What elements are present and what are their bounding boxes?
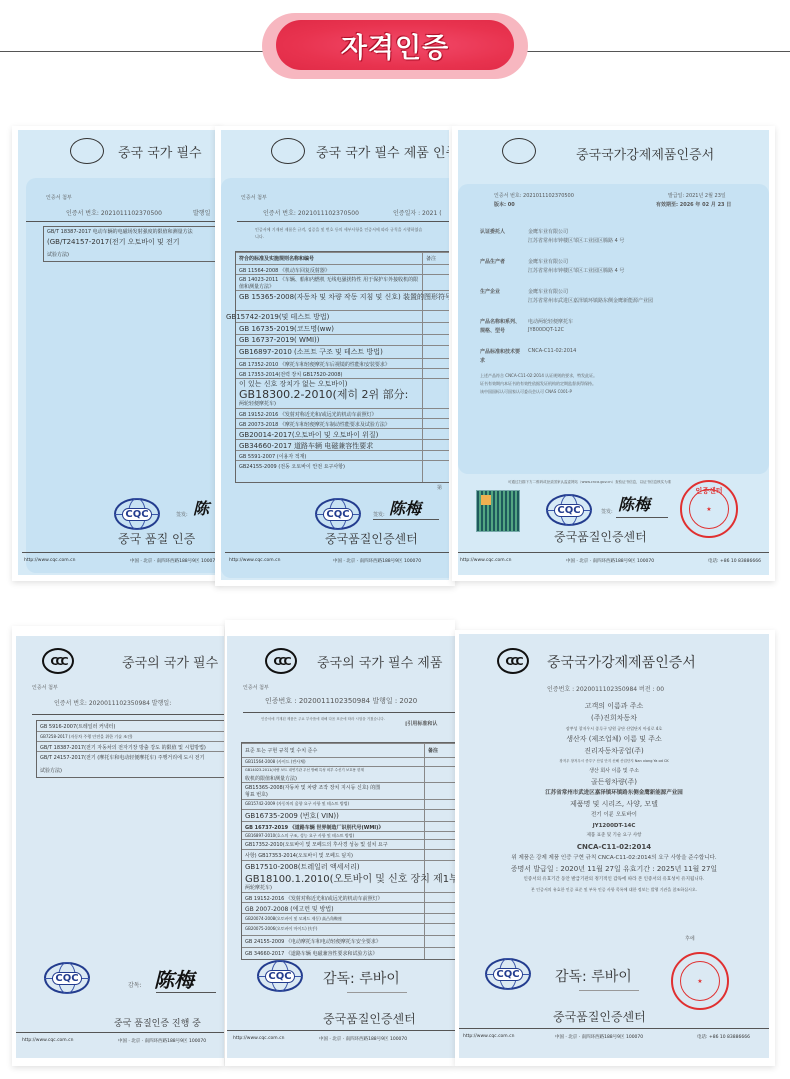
certificate-line: JY1200DT-14C <box>459 821 769 832</box>
certificate-line: 고객의 이름과 주소 <box>459 700 769 712</box>
cqc-logo-icon: CQC <box>315 498 361 530</box>
ccc-emblem-icon <box>70 138 104 164</box>
ccc-emblem-icon <box>271 138 305 164</box>
certificate-line: 인증서의 유효기간 동안 발급기관의 정기적인 감독에 따라 본 인증서의 유효… <box>459 875 769 885</box>
certificate-line: 창저우 창저우시 종루구 산업 단지 신해 산업단지 Nan xiong Ya … <box>459 757 769 766</box>
ccc-emblem-icon <box>502 138 536 164</box>
official-seal-icon: ★ <box>671 952 729 1010</box>
certificate-sheet: 중국 국가 필수 제품 인증 인증서 첨부 인증서 번호: 2021011102… <box>221 130 449 580</box>
certificate-number: 인증서 번호: 2021011102370500 <box>66 208 162 217</box>
signature: 陈 <box>193 496 209 519</box>
signature: 陈梅 <box>154 964 194 993</box>
official-seal-icon: 인증센터 ★ <box>680 480 738 538</box>
standards-heading: [引用标准和认 <box>405 720 437 727</box>
statement-line: 证书有效期内本证书的有效性依据发证机构的定期监督获得保持。 <box>480 381 596 387</box>
header-banner: 자격인증 <box>276 20 514 70</box>
issuer-name: 중국품질인증센터 <box>553 1008 646 1025</box>
ccc-logo-icon: CCC <box>497 648 529 674</box>
footer-divider <box>16 1032 224 1033</box>
certificate-line: 江苏省常州市武进区嘉泽镇环镇路东侧金鹰新能源产业园 <box>459 788 769 799</box>
certificate-image-3[interactable]: 중국국가강제제품인증서 인증서 번호: 2021011102370500 版本:… <box>452 126 775 581</box>
footer-address: 中国 · 北京 · 南四环西路188号9区 100070 <box>130 558 216 564</box>
attachment-label: 인증서 첨부 <box>243 684 269 691</box>
header-divider-right <box>520 51 790 52</box>
certificate-image-2[interactable]: 중국 국가 필수 제품 인증 인증서 첨부 인증서 번호: 2021011102… <box>215 126 455 586</box>
footer-phone: 电话: +86 10 83886666 <box>708 558 761 564</box>
certificate-line: 제품명 및 시리즈, 사양, 모델 <box>459 798 769 810</box>
certificate-note: 인증서에 기재된 제품은 규격, 검증을 및 번호 등의 세부사항을 인증서에 … <box>255 226 425 240</box>
certificate-image-1[interactable]: 중국 국가 필수 인증서 첨부 인증서 번호: 2021011102370500… <box>12 126 222 581</box>
cqc-logo-icon: CQC <box>44 962 90 994</box>
footer-url: http://www.cqc.com.cn <box>229 558 280 563</box>
certificate-line: 진리자동차공업(주) <box>459 745 769 757</box>
certificate-note: 인증서에 기재된 제품은 주요 부속품에 대해 다음 표준에 따라 시험을 거쳤… <box>261 716 391 723</box>
footer-url: http://www.cqc.com.cn <box>22 1038 73 1043</box>
signature-label: 签发: <box>176 511 188 518</box>
certificate-line: 골든윙차량(주) <box>459 776 769 788</box>
footer-url: http://www.cqc.com.cn <box>233 1036 284 1041</box>
divider <box>243 712 455 713</box>
certificate-sheet: 중국 국가 필수 인증서 첨부 인증서 번호: 2021011102370500… <box>18 130 216 575</box>
footer-divider <box>458 552 769 553</box>
standards-table: 표준 또는 구현 규칙 및 수치 준수备注 GB11564-2008 (사이드 … <box>241 742 455 960</box>
certificate-title: 중국의 국가 필수 <box>122 652 218 671</box>
issuer-name: 중국품질인증센터 <box>554 528 647 545</box>
footer-url: http://www.cqc.com.cn <box>460 558 511 563</box>
signature: 陈梅 <box>389 496 421 519</box>
certificate-image-5[interactable]: CCC 중국의 국가 필수 제품 인증서 첨부 인증번호 : 202001110… <box>225 620 455 1066</box>
certificate-number: 인증번호 : 2020011102350984 버전 : 00 <box>547 684 664 693</box>
divider <box>26 221 216 222</box>
header-divider-left <box>0 51 265 52</box>
signature-label: 签发: <box>601 508 613 515</box>
page-mark: 第 <box>437 484 442 491</box>
signature-label: 감독: <box>128 980 142 989</box>
certificate-number: 인증번호 : 2020011102350984 발행일 : 2020 <box>265 696 417 706</box>
footer-divider <box>227 1030 455 1031</box>
cqc-logo-icon: CQC <box>114 498 160 530</box>
issuer-name: 중국품질인증센터 <box>325 530 418 547</box>
attachment-label: 인증서 첨부 <box>46 194 72 201</box>
certificate-line: 증명서 발급일 : 2020년 11월 27일 유효기간 : 2025년 11월… <box>459 863 769 875</box>
certificate-title: 중국국가강제제품인증서 <box>576 144 714 163</box>
issuer-name: 중국 품질 인증 <box>118 530 195 547</box>
supervisor-signature: 감독: 루바이 <box>323 968 400 988</box>
issue-date: 발급일: 2021년 2월 23일 <box>668 192 726 199</box>
issuer-name: 중국품질인증센터 <box>323 1010 416 1027</box>
statement-line: 该中国国标认可国家认可委员会认可 CNAS C001-P <box>480 389 572 395</box>
version: 版本: 00 <box>494 201 515 208</box>
certificate-line: 제품 표준 및 기술 요구 사항 <box>459 831 769 841</box>
certificate-sheet: 중국국가강제제품인증서 인증서 번호: 2021011102370500 版本:… <box>458 130 769 575</box>
footer-address: 中国 · 北京 · 南四环西路188号9区 100070 <box>333 558 421 564</box>
footer-address: 中国 · 北京 · 南四环西路188号9区 100070 <box>555 1034 643 1040</box>
standards-table: GB 5916-2007(트레일러 커넥터) GB7258-2017 (자동차 … <box>36 720 224 778</box>
issue-date-label: 발행일 <box>193 208 210 217</box>
qr-code-icon[interactable] <box>476 490 520 532</box>
certificate-number: 인증서 번호: 2020011102350984 발행일: <box>54 698 171 707</box>
cqc-logo-icon: CQC <box>485 958 531 990</box>
stamp-note: 후에 <box>685 935 695 942</box>
issuer-name: 중국 품질인증 진행 중 <box>114 1016 201 1029</box>
certificate-sheet: CCC 중국의 국가 필수 인증서 첨부 인증서 번호: 20200111023… <box>16 636 224 1058</box>
standards-table: GB/T 18387-2017 电动车辆的电磁场发射强度的限值和测量方法 (GB… <box>43 226 216 262</box>
section-title: 자격인증 <box>341 26 449 65</box>
certificate-line: 본 인증서의 유효한 인증 표준 및 부록 인증 사항 목록에 대한 정보는 발… <box>459 885 769 894</box>
footer-phone: 电话: +86 10 83886666 <box>697 1034 750 1040</box>
certificate-image-6[interactable]: CCC 중국국가강제제품인증서 인증번호 : 2020011102350984 … <box>455 630 775 1066</box>
cqc-logo-icon: CQC <box>546 494 592 526</box>
ccc-logo-icon: CCC <box>42 648 74 674</box>
footer-divider <box>22 552 216 553</box>
attachment-label: 인증서 첨부 <box>241 194 267 201</box>
verify-note: 可通过扫描下方二维码或登录国家认监委网站（www.cnca.gov.cn）查验证… <box>508 480 671 485</box>
footer-divider <box>459 1028 769 1029</box>
statement-line: 上述产品符合 CNCA-C11-02:2014 认证规则的要求，特发此证。 <box>480 373 597 379</box>
certificate-line: 생산자 (제조업체) 이름 및 주소 <box>459 733 769 745</box>
footer-address: 中国 · 北京 · 南四环西路188号9区 100070 <box>319 1036 407 1042</box>
certificate-line: 생산 회사 이름 및 주소 <box>459 766 769 776</box>
supervisor-signature: 감독: 루바이 <box>555 966 632 986</box>
certificate-line: (주)진희차동차 <box>459 712 769 724</box>
certificate-line: 위 제품은 강제 제품 인증 구현 규칙 CNCA-C11-02:2014의 요… <box>459 853 769 864</box>
footer-url: http://www.cqc.com.cn <box>24 558 75 563</box>
footer-url: http://www.cqc.com.cn <box>463 1034 514 1039</box>
divider <box>237 221 449 222</box>
cqc-logo-icon: CQC <box>257 960 303 992</box>
signature: 陈梅 <box>618 492 650 515</box>
footer-divider <box>225 552 449 553</box>
footer-address: 中国 · 北京 · 南四环西路188号9区 100070 <box>566 558 654 564</box>
ccc-logo-icon: CCC <box>265 648 297 674</box>
standards-table: 符合的标准及实施规则名称和编号备注 GB 11564-2008 《机动车回复反射… <box>235 251 449 483</box>
certificate-title: 중국국가강제제품인증서 <box>547 652 696 672</box>
certificate-body: 고객의 이름과 주소(주)진희차동차장쑤성 창저우시 종루구 당원 공단 산업단… <box>459 700 769 894</box>
certificate-image-4[interactable]: CCC 중국의 국가 필수 인증서 첨부 인증서 번호: 20200111023… <box>12 626 224 1066</box>
certificate-number: 인증서 번호: 2021011102370500 <box>494 192 574 199</box>
certificate-line: 장쑤성 창저우시 종루구 당원 공단 산업단지 아심로 4호 <box>459 724 769 733</box>
certification-date: 인증일자 : 2021 ( <box>393 208 442 217</box>
attachment-label: 인증서 첨부 <box>32 684 58 691</box>
signature-label: 签发: <box>373 511 385 518</box>
certificate-line: CNCA-C11-02:2014 <box>459 841 769 853</box>
certificate-number: 인증서 번호: 2021011102370500 <box>263 208 359 217</box>
certificate-title: 중국 국가 필수 제품 인증 <box>316 142 449 161</box>
valid-until: 有效期至: 2026 年 02 月 23 日 <box>656 201 731 208</box>
certificate-title: 중국 국가 필수 <box>118 142 202 161</box>
divider <box>32 714 224 715</box>
certificate-title: 중국의 국가 필수 제품 <box>317 652 442 671</box>
certificate-line: 전기 이륜 오토바이 <box>459 810 769 821</box>
certificate-sheet: CCC 중국국가강제제품인증서 인증번호 : 2020011102350984 … <box>459 634 769 1058</box>
certificate-sheet: CCC 중국의 국가 필수 제품 인증서 첨부 인증번호 : 202001110… <box>227 636 455 1058</box>
footer-address: 中国 · 北京 · 南四环西路188号9区 100070 <box>118 1038 206 1044</box>
